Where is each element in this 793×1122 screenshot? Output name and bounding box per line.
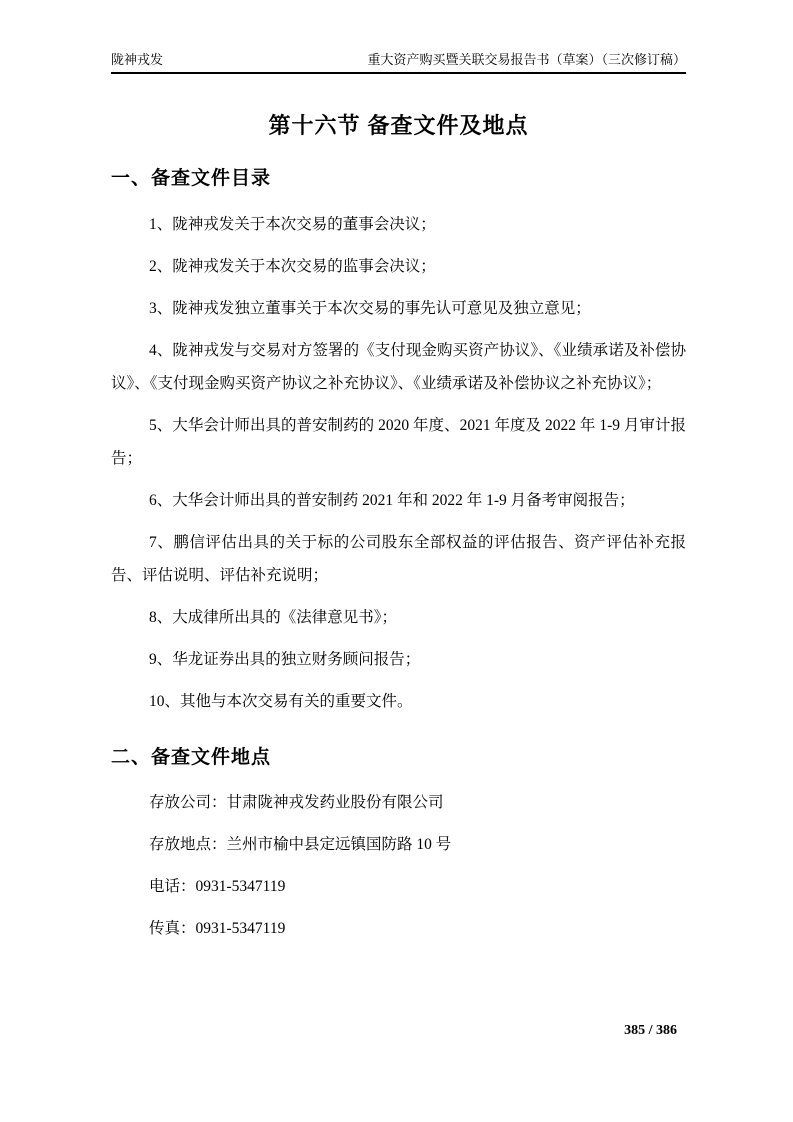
page-content: 陇神戎发 重大资产购买暨关联交易报告书（草案）（三次修订稿） 第十六节 备查文件… xyxy=(111,0,686,954)
section-2-heading: 二、备查文件地点 xyxy=(111,745,686,771)
catalog-item-3: 3、陇神戎发独立董事关于本次交易的事先认可意见及独立意见； xyxy=(111,292,686,325)
running-header: 陇神戎发 重大资产购买暨关联交易报告书（草案）（三次修订稿） xyxy=(111,0,686,74)
catalog-item-6: 6、大华会计师出具的普安制药 2021 年和 2022 年 1-9 月备考审阅报… xyxy=(111,484,686,517)
catalog-item-10: 10、其他与本次交易有关的重要文件。 xyxy=(111,685,686,718)
catalog-item-4: 4、陇神戎发与交易对方签署的《支付现金购买资产协议》、《业绩承诺及补偿协议》、《… xyxy=(111,334,686,400)
location-item-phone: 电话：0931-5347119 xyxy=(111,870,686,903)
location-list: 存放公司：甘肃陇神戎发药业股份有限公司 存放地点：兰州市榆中县定远镇国防路 10… xyxy=(111,786,686,945)
header-report-title: 重大资产购买暨关联交易报告书（草案）（三次修订稿） xyxy=(367,51,686,68)
catalog-item-7: 7、鹏信评估出具的关于标的公司股东全部权益的评估报告、资产评估补充报告、评估说明… xyxy=(111,526,686,592)
catalog-item-5: 5、大华会计师出具的普安制药的 2020 年度、2021 年度及 2022 年 … xyxy=(111,409,686,475)
catalog-list: 1、陇神戎发关于本次交易的董事会决议； 2、陇神戎发关于本次交易的监事会决议； … xyxy=(111,208,686,718)
header-company-name: 陇神戎发 xyxy=(111,51,163,68)
catalog-item-1: 1、陇神戎发关于本次交易的董事会决议； xyxy=(111,208,686,241)
location-item-fax: 传真：0931-5347119 xyxy=(111,912,686,945)
document-page: 陇神戎发 重大资产购买暨关联交易报告书（草案）（三次修订稿） 第十六节 备查文件… xyxy=(0,0,793,1122)
section-1-heading: 一、备查文件目录 xyxy=(111,166,686,192)
page-number: 385 / 386 xyxy=(624,1022,677,1040)
location-item-address: 存放地点：兰州市榆中县定远镇国防路 10 号 xyxy=(111,828,686,861)
catalog-item-8: 8、大成律所出具的《法律意见书》； xyxy=(111,601,686,634)
catalog-item-9: 9、华龙证券出具的独立财务顾问报告； xyxy=(111,643,686,676)
location-item-company: 存放公司：甘肃陇神戎发药业股份有限公司 xyxy=(111,786,686,819)
catalog-item-2: 2、陇神戎发关于本次交易的监事会决议； xyxy=(111,250,686,283)
chapter-title: 第十六节 备查文件及地点 xyxy=(111,112,686,139)
